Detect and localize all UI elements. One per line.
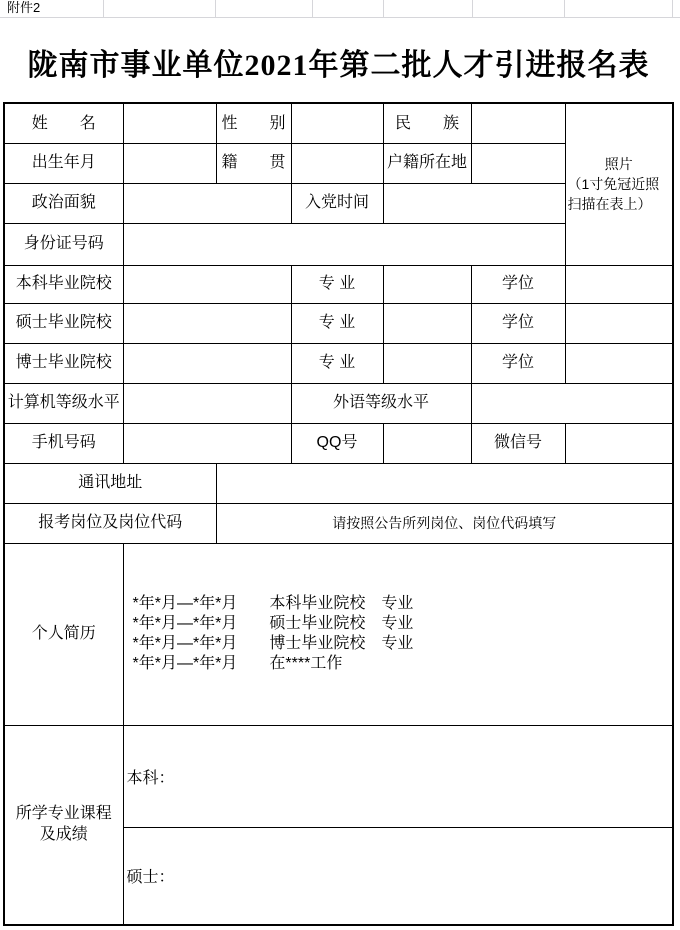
household-label: 户籍所在地 [383,143,471,183]
ethnicity-input-cell[interactable] [471,103,565,143]
top-grid-tick [472,0,473,17]
master-school-input-cell[interactable] [123,303,291,343]
bachelor-school-input-cell[interactable] [123,265,291,303]
form-title: 陇南市事业单位2021年第二批人才引进报名表 [3,26,674,98]
phone-input-cell[interactable] [123,423,291,463]
resume-line: *年*月—*年*月 硕士毕业院校 专业 [133,614,673,634]
master-degree-input-cell[interactable] [565,303,673,343]
bachelor-major-input-cell[interactable] [383,265,471,303]
ethnicity-label: 民 族 [383,103,471,143]
resume-line: *年*月—*年*月 本科毕业院校 专业 [133,594,673,614]
party-date-label: 入党时间 [291,183,383,223]
gender-input-cell[interactable] [291,103,383,143]
computer-level-input-cell[interactable] [123,383,291,423]
address-label: 通讯地址 [4,463,216,503]
political-status-input-cell[interactable] [123,183,291,223]
qq-input-cell[interactable] [383,423,471,463]
id-number-input-cell[interactable] [123,223,565,265]
bachelor-degree-label: 学位 [471,265,565,303]
qq-label: QQ号 [291,423,383,463]
bachelor-degree-input-cell[interactable] [565,265,673,303]
master-major-label: 专 业 [291,303,383,343]
name-label: 姓 名 [4,103,123,143]
top-grid-tick [215,0,216,17]
resume-line: *年*月—*年*月 博士毕业院校 专业 [133,634,673,654]
computer-level-label: 计算机等级水平 [4,383,123,423]
wechat-label: 微信号 [471,423,565,463]
household-input-cell[interactable] [471,143,565,183]
courses-master-input-cell[interactable]: 硕士： [123,827,673,925]
registration-form-table: 姓 名 性 别 民 族 照片 （1寸免冠近照 扫描在表上） 出生年月 籍 贯 户… [3,102,674,926]
name-input-cell[interactable] [123,103,216,143]
photo-cell: 照片 （1寸免冠近照 扫描在表上） [565,103,673,265]
doctor-school-input-cell[interactable] [123,343,291,383]
resume-label: 个人简历 [4,543,123,725]
top-grid-tick [672,0,673,17]
top-gridline [0,17,680,18]
position-label: 报考岗位及岗位代码 [4,503,216,543]
top-grid-tick [383,0,384,17]
photo-note: （1寸免冠近照 扫描在表上） [566,174,673,214]
master-school-label: 硕士毕业院校 [4,303,123,343]
doctor-major-label: 专 业 [291,343,383,383]
bachelor-major-label: 专 业 [291,265,383,303]
master-degree-label: 学位 [471,303,565,343]
doctor-degree-input-cell[interactable] [565,343,673,383]
courses-bachelor-input-cell[interactable]: 本科： [123,725,673,827]
gender-label: 性 别 [216,103,291,143]
foreign-language-label: 外语等级水平 [291,383,471,423]
political-status-label: 政治面貌 [4,183,123,223]
position-input-cell[interactable]: 请按照公告所列岗位、岗位代码填写 [216,503,673,543]
courses-label: 所学专业课程 及成绩 [4,725,123,925]
attachment-note: 附件2 [7,1,40,15]
bachelor-school-label: 本科毕业院校 [4,265,123,303]
id-number-label: 身份证号码 [4,223,123,265]
address-input-cell[interactable] [216,463,673,503]
doctor-school-label: 博士毕业院校 [4,343,123,383]
foreign-language-input-cell[interactable] [471,383,673,423]
doctor-degree-label: 学位 [471,343,565,383]
birth-date-label: 出生年月 [4,143,123,183]
doctor-major-input-cell[interactable] [383,343,471,383]
master-major-input-cell[interactable] [383,303,471,343]
native-place-label: 籍 贯 [216,143,291,183]
wechat-input-cell[interactable] [565,423,673,463]
birth-date-input-cell[interactable] [123,143,216,183]
phone-label: 手机号码 [4,423,123,463]
party-date-input-cell[interactable] [383,183,565,223]
native-place-input-cell[interactable] [291,143,383,183]
resume-line: *年*月—*年*月 在****工作 [133,654,673,674]
top-grid-tick [564,0,565,17]
top-grid-tick [103,0,104,17]
photo-title: 照片 [566,154,673,174]
resume-input-cell[interactable]: *年*月—*年*月 本科毕业院校 专业 *年*月—*年*月 硕士毕业院校 专业 … [123,543,673,725]
top-grid-tick [312,0,313,17]
